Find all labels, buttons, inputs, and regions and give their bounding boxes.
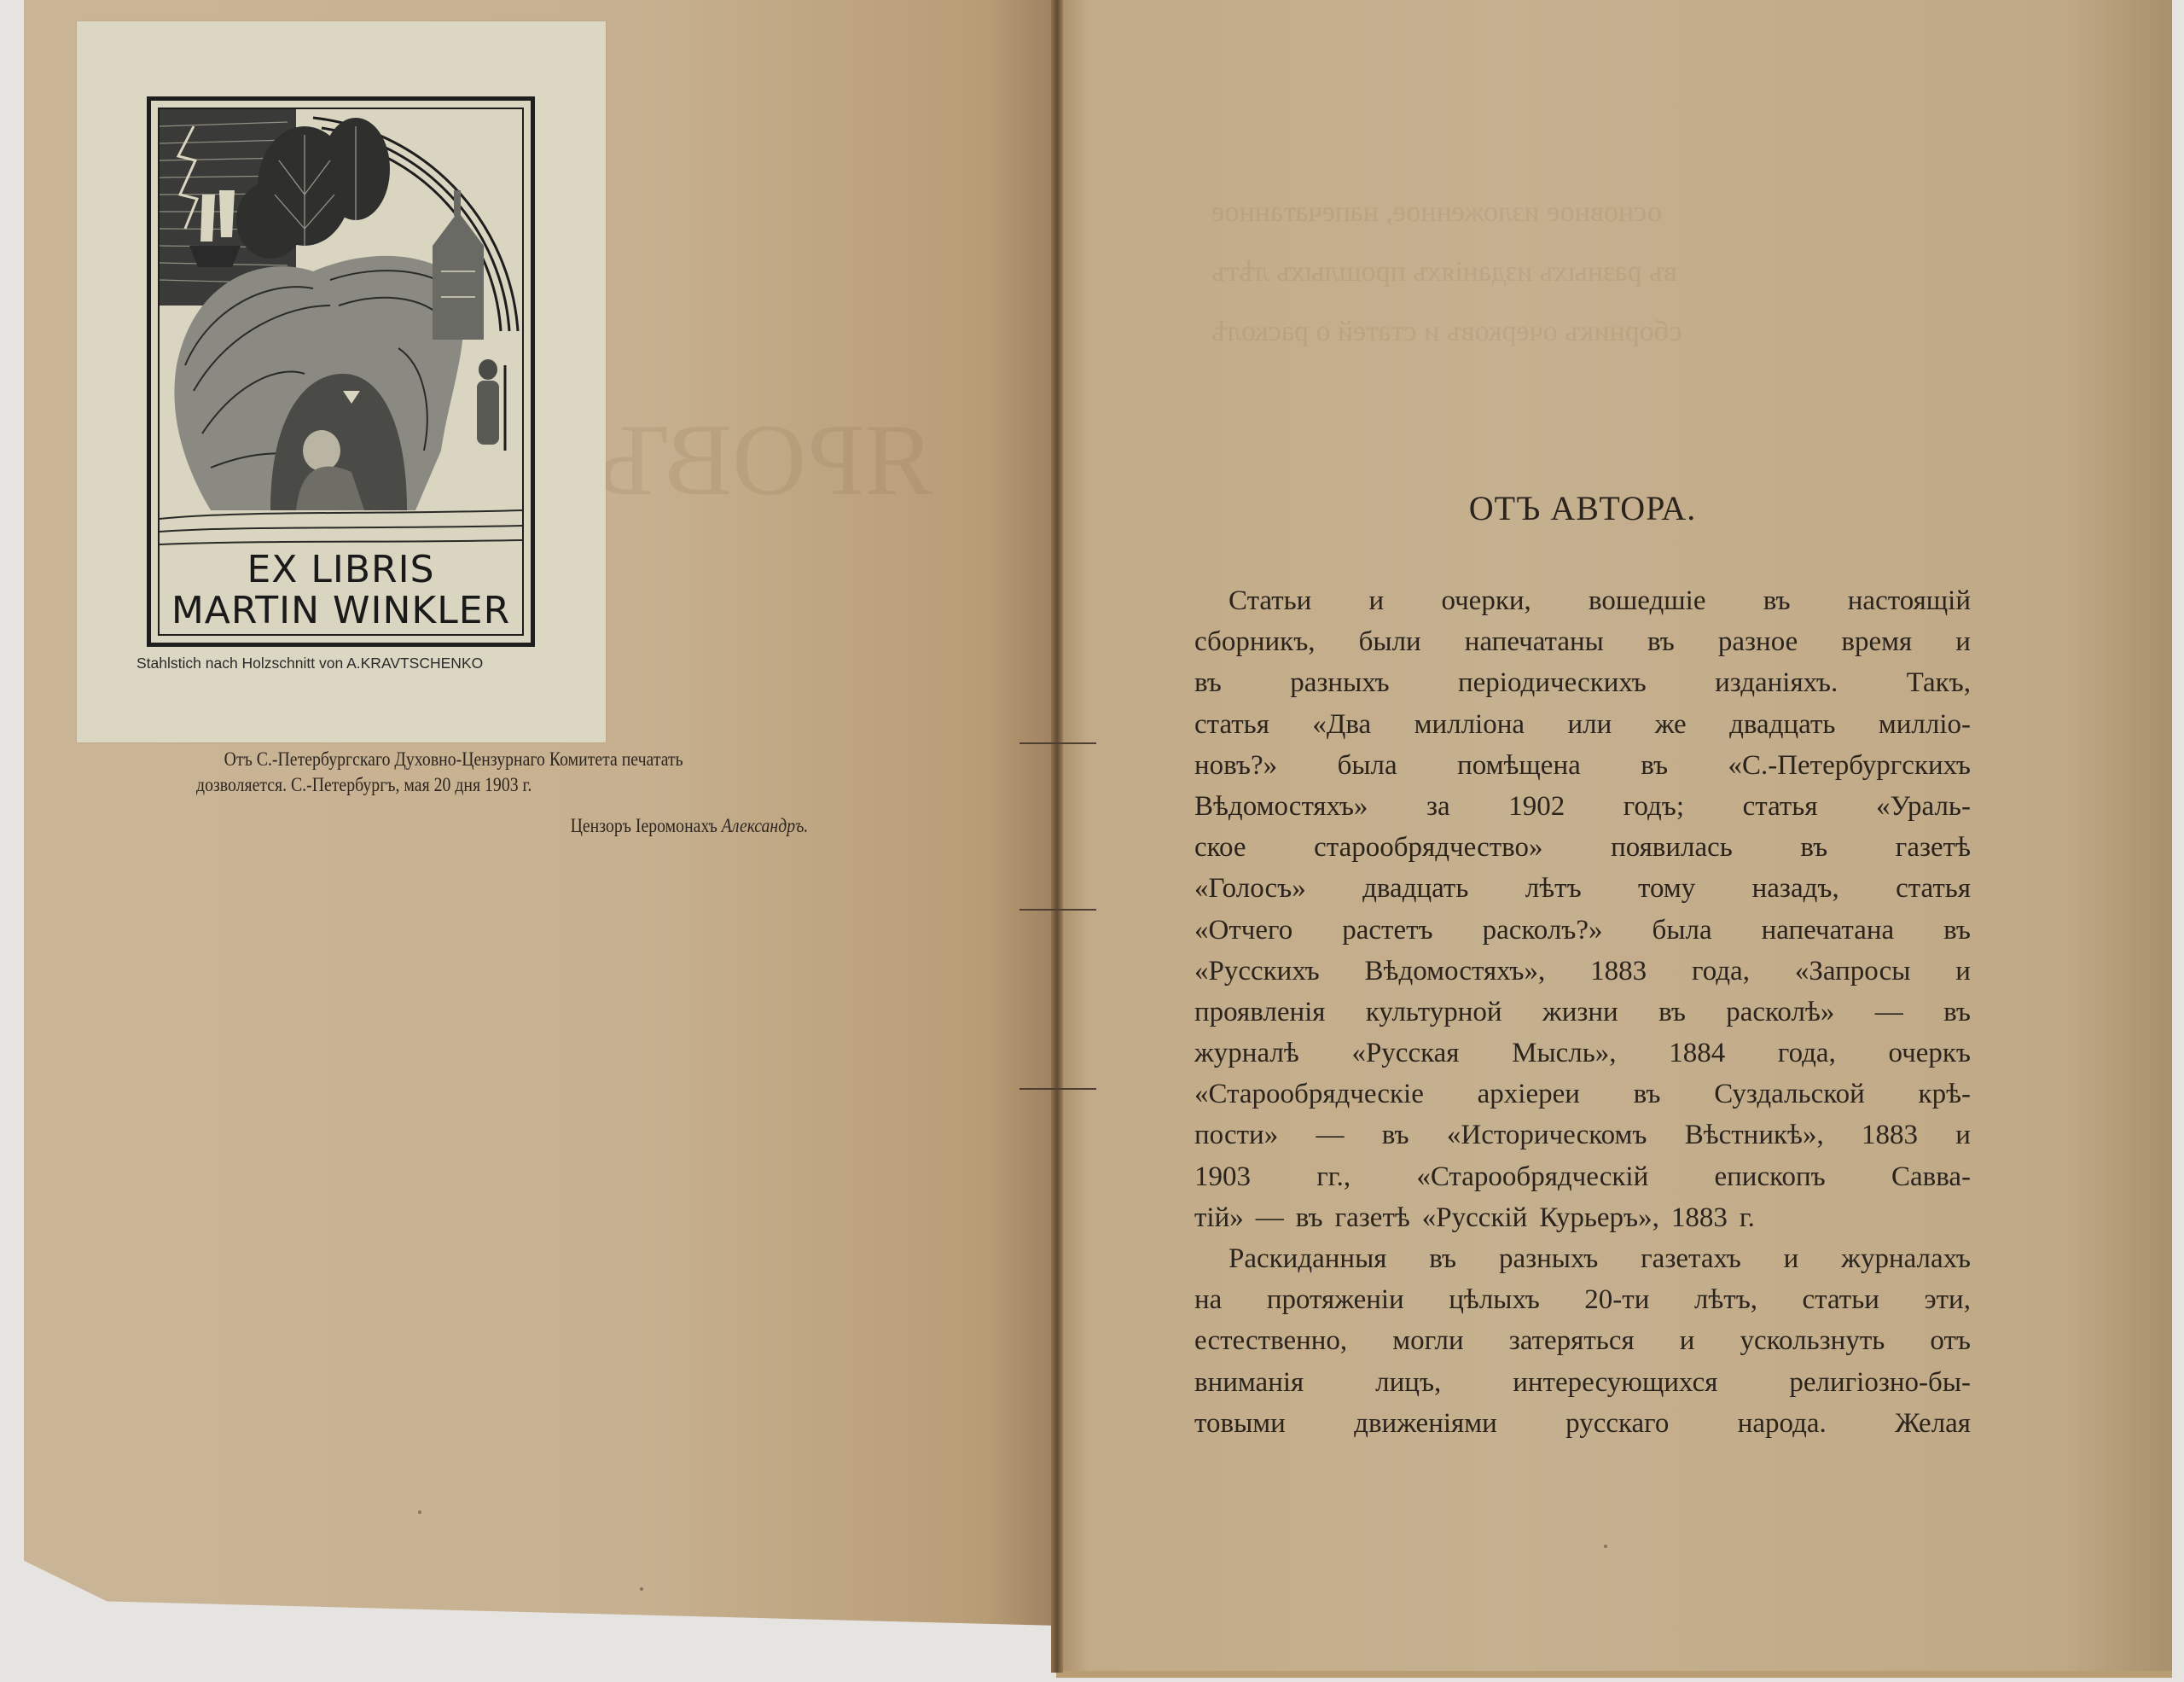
text-line: сборникъ,былинапечатанывъразноевремяи xyxy=(1194,621,1971,662)
show-through-text: основное изложенное, напечатанное xyxy=(1211,196,1662,229)
text-line: «Голосъ»двадцатьлѣтътомуназадъ,статья xyxy=(1194,868,1971,909)
censor-signature: Цензоръ Іеромонахъ Александръ. xyxy=(196,813,842,839)
show-through-text: въ разныхъ изданіяхъ прошлыхъ лѣтъ xyxy=(1211,256,1677,288)
show-through-text: ЯРОВЪ xyxy=(597,401,932,519)
text-line: тій»—въгазетѣ«РусскійКурьеръ»,1883г. xyxy=(1194,1197,1971,1238)
text-line: напротяженіицѣлыхъ20-тилѣтъ,статьиэти, xyxy=(1194,1279,1971,1320)
text-line: естественно,моглизатерятьсяиускользнутьо… xyxy=(1194,1320,1971,1361)
owner-name: MARTIN WINKLER xyxy=(160,592,522,630)
ex-libris-label: EX LIBRIS xyxy=(160,551,522,589)
censor-line-2: дозволяется. С.-Петербургъ, мая 20 дня 1… xyxy=(196,772,842,798)
censor-line-1: Отъ С.-Петербургскаго Духовно-Цензурнаго… xyxy=(196,747,842,772)
engraving-frame: EX LIBRIS MARTIN WINKLER xyxy=(147,96,535,647)
woodcut-illustration-icon: EX LIBRIS MARTIN WINKLER xyxy=(158,108,524,636)
show-through-text: сборникъ очерковъ и статей о расколѣ xyxy=(1211,316,1682,348)
censor-title: Цензоръ Іеромонахъ xyxy=(571,815,717,836)
text-line: «СтарообрядческіеархіереивъСуздальскойкр… xyxy=(1194,1074,1971,1115)
text-line: Статьииочерки,вошедшіевънастоящій xyxy=(1194,580,1971,621)
ex-libris-bookplate: EX LIBRIS MARTIN WINKLER Stahlstich nach… xyxy=(77,21,606,742)
text-line: статья«Двамилліонаилижедвадцатьмилліо- xyxy=(1194,704,1971,745)
censor-name: Александръ. xyxy=(722,815,809,836)
text-line: скоестарообрядчество»появиласьвъгазетѣ xyxy=(1194,827,1971,868)
chapter-heading: ОТЪ АВТОРА. xyxy=(1194,488,1971,528)
preface-body: Статьииочерки,вошедшіевънастоящійсборник… xyxy=(1194,580,1971,1444)
text-line: вниманіялицъ,интересующихсярелигіозно-бы… xyxy=(1194,1362,1971,1403)
censorship-approval: Отъ С.-Петербургскаго Духовно-Цензурнаго… xyxy=(196,747,842,839)
paper-speck xyxy=(640,1587,643,1591)
text-line: товымидвиженіямирусскагонарода.Желая xyxy=(1194,1403,1971,1444)
text-line: новъ?»былапомѣщенавъ«С.-Петербургскихъ xyxy=(1194,745,1971,786)
text-line: журналѣ«РусскаяМысль»,1884года,очеркъ xyxy=(1194,1033,1971,1074)
text-line: пости»—въ«ИсторическомъВѣстникѣ»,1883и xyxy=(1194,1115,1971,1155)
text-line: проявленіякультурнойжизнивърасколѣ»—въ xyxy=(1194,992,1971,1033)
text-line: Вѣдомостяхъ»за1902годъ;статья«Ураль- xyxy=(1194,786,1971,827)
text-line: Раскиданныявъразныхъгазетахъижурналахъ xyxy=(1194,1238,1971,1279)
binding-thread xyxy=(1019,1088,1096,1090)
binding-thread xyxy=(1019,909,1096,911)
text-line: 1903гг.,«СтарообрядческійепископъСавва- xyxy=(1194,1156,1971,1197)
paper-speck xyxy=(1604,1545,1607,1548)
engraver-credit: Stahlstich nach Holzschnitt von A.KRAVTS… xyxy=(136,655,546,672)
text-line: въразныхъперіодическихъизданіяхъ.Такъ, xyxy=(1194,662,1971,703)
book-spine xyxy=(1051,0,1063,1673)
text-line: «РусскихъВѣдомостяхъ»,1883года,«Запросыи xyxy=(1194,951,1971,992)
binding-thread xyxy=(1019,742,1096,744)
text-line: «Отчегорастетърасколъ?»быланапечатанавъ xyxy=(1194,910,1971,951)
paper-speck xyxy=(418,1510,421,1514)
